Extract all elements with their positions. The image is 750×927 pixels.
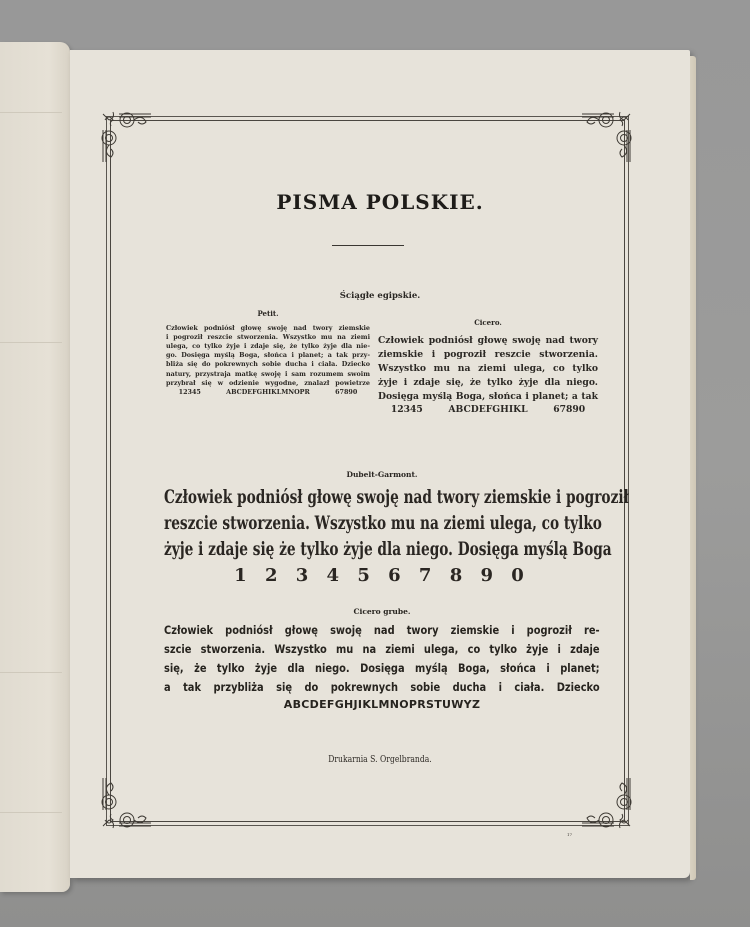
specimen-label: Cicero. — [378, 316, 598, 330]
specimen-dubelt-garmont: Dubelt-Garmont. Człowiek podniósł głowę … — [164, 470, 600, 589]
specimen-line: ulega, co tylko żyje i zdaje się, że tyl… — [166, 342, 370, 351]
title-rule — [332, 245, 404, 246]
alphabet: ABCDEFGHIKLMNOPR — [226, 388, 310, 397]
specimen-line: reszcie stworzenia. Wszystko mu na ziemi… — [164, 511, 600, 537]
corner-ornament-bottom-left-icon — [97, 776, 153, 832]
specimen-line: Dosięga myślą Boga, słońca i planet; a t… — [378, 390, 598, 404]
specimen-sample-row: 12345 ABCDEFGHIKLMNOPR 67890 — [166, 388, 370, 397]
digits-right: 67890 — [335, 388, 357, 397]
corner-ornament-top-left-icon — [97, 108, 153, 164]
specimen-line: żyje i zdaje się że tylko żyje dla niego… — [164, 537, 600, 563]
specimen-cicero: Cicero. Człowiek podniósł głowę swoję na… — [378, 316, 598, 415]
alphabet: ABCDEFGHIKL — [448, 404, 527, 415]
specimen-line: Człowiek podniósł głowę swoję nad twory … — [166, 324, 370, 333]
ghost-line — [0, 812, 62, 813]
specimen-cicero-grube: Cicero grube. Człowiek podniósł głowę sw… — [164, 607, 600, 713]
specimen-line: Człowiek podniósł głowę swoję nad twory — [378, 334, 598, 348]
specimen-line: natury, przystraja matkę swoję i sam roz… — [166, 370, 370, 379]
specimen-petit: Petit. Człowiek podniósł głowę swoję nad… — [166, 309, 370, 397]
specimen-line: żyje i zdaje się, że tylko żyje dla nieg… — [378, 376, 598, 390]
specimen-line: szcie stworzenia. Wszystko mu na ziemi u… — [164, 640, 600, 659]
ghost-line — [0, 342, 62, 343]
specimen-digits: 1 2 3 4 5 6 7 8 9 0 — [164, 563, 600, 589]
specimen-label: Petit. — [166, 309, 370, 318]
digits-left: 12345 — [179, 388, 201, 397]
specimen-line: Wszystko mu na ziemi ulega, co tylko — [378, 362, 598, 376]
page-title: PISMA POLSKIE. — [70, 190, 690, 214]
corner-ornament-bottom-right-icon — [580, 776, 636, 832]
digits-right: 67890 — [553, 404, 585, 415]
specimen-line: Człowiek podniósł głowę swoję nad twory … — [164, 485, 600, 511]
page-number: 17 — [567, 832, 572, 837]
specimen-line: przybrał się w odzienie wygodne, znalazł… — [166, 379, 370, 388]
digits-left: 12345 — [391, 404, 423, 415]
specimen-line: Człowiek podniósł głowę swoję nad twory … — [164, 621, 600, 640]
specimen-line: bliża się do pokrewnych sobie ducha i ci… — [166, 360, 370, 369]
specimen-line: ziemskie i pogroził reszcie stworzenia. — [378, 348, 598, 362]
left-page-edge — [0, 42, 70, 892]
specimen-line: i pogroził reszcie stworzenia. Wszystko … — [166, 333, 370, 342]
specimen-sample-row: 12345 ABCDEFGHIKL 67890 — [378, 404, 598, 415]
book-page: PISMA POLSKIE. Ściągłe egipskie. Petit. … — [70, 50, 690, 878]
specimen-label: Dubelt-Garmont. — [164, 470, 600, 479]
corner-ornament-top-right-icon — [580, 108, 636, 164]
specimen-line: się, że tylko żyje dla niego. Dosięga my… — [164, 659, 600, 678]
specimen-line: go. Dosięga myślą Boga, słońca i planet;… — [166, 351, 370, 360]
printer-imprint: Drukarnia S. Orgelbranda. — [117, 755, 644, 765]
specimen-line: a tak przybliża się do pokrewnych sobie … — [164, 678, 600, 697]
page-stack-edge — [690, 56, 696, 880]
ghost-line — [0, 672, 62, 673]
specimen-alphabet: ABCDEFGHJIKLMNOPRSTUWYZ — [164, 697, 600, 713]
specimen-label: Cicero grube. — [164, 607, 600, 616]
section-heading: Ściągłe egipskie. — [70, 291, 690, 301]
ghost-line — [0, 112, 62, 113]
